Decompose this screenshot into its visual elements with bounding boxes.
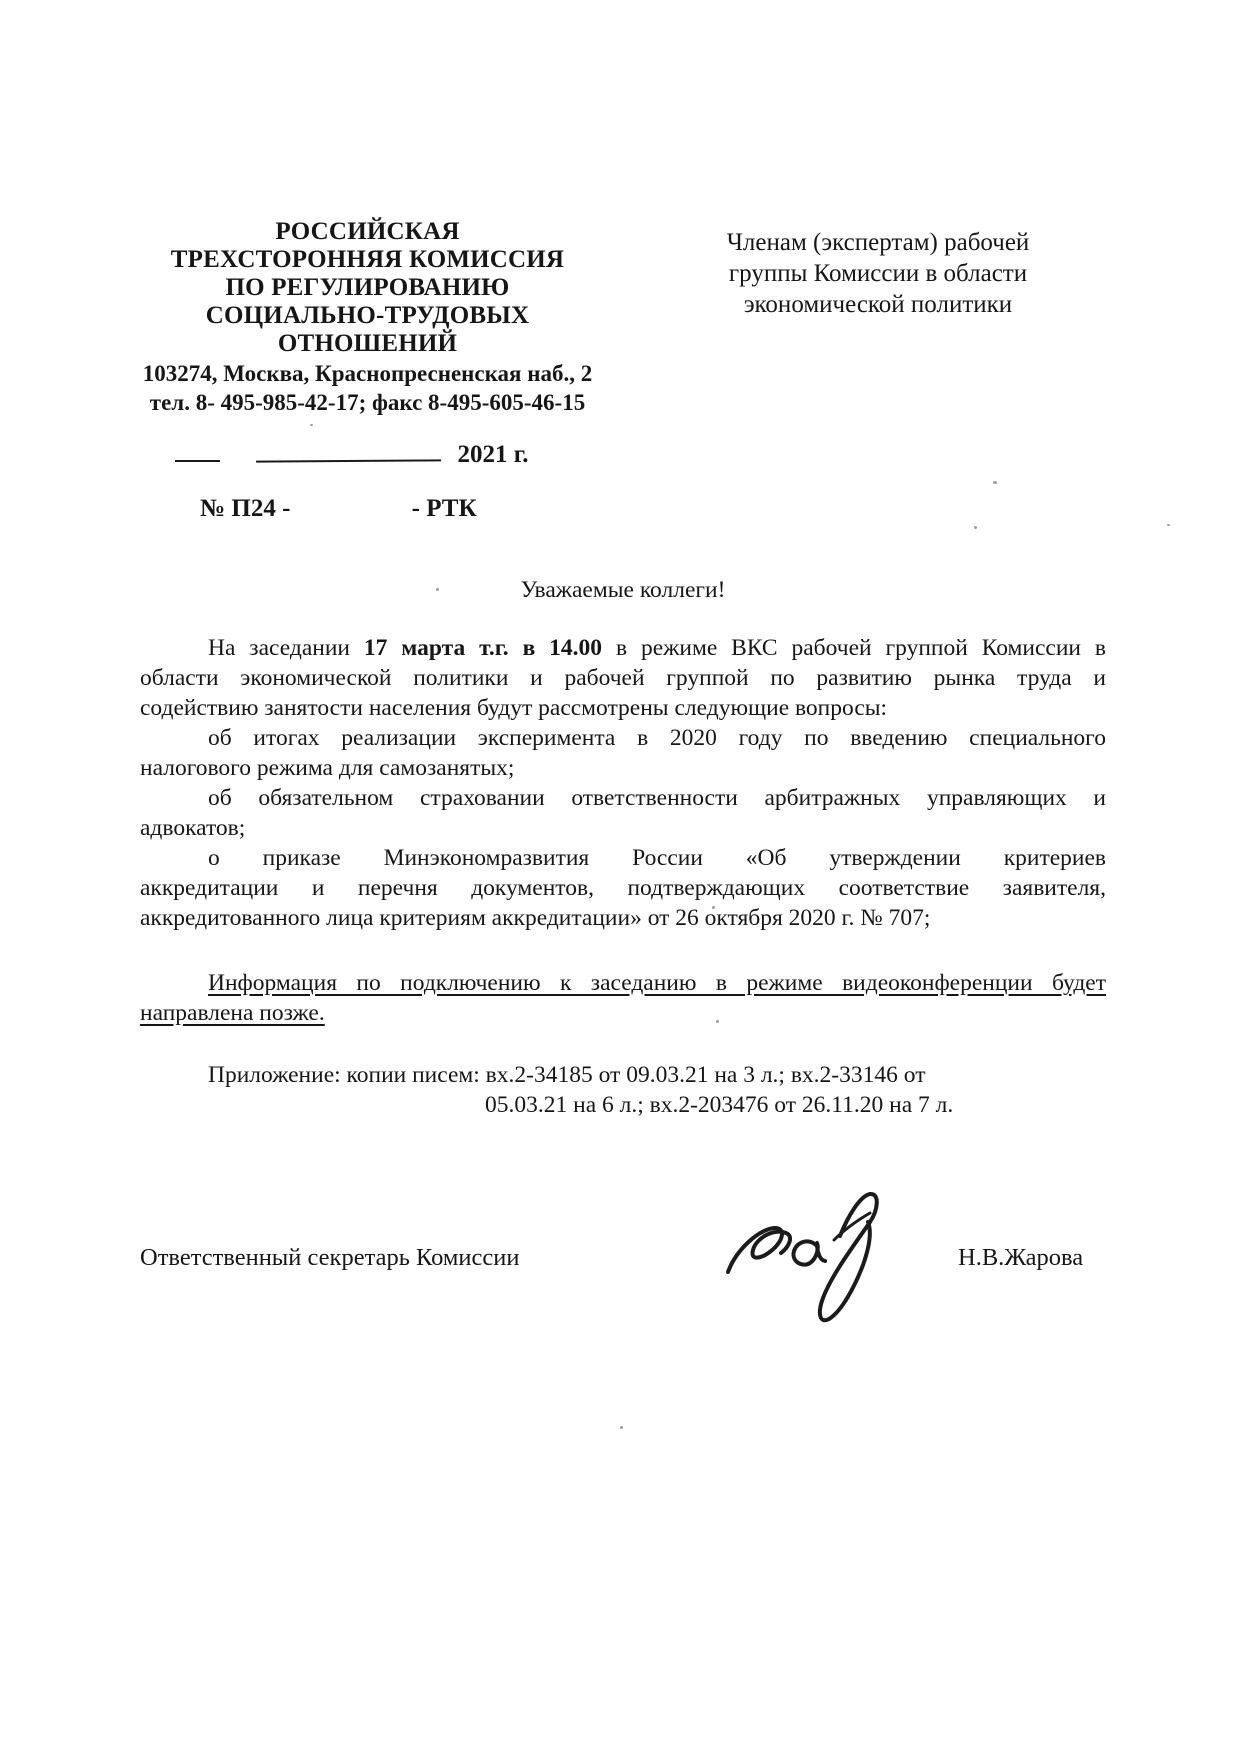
sender-org-line: ТРЕХСТОРОННЯЯ КОМИССИЯ: [95, 246, 640, 274]
handwritten-signature: [722, 1188, 902, 1338]
announcement-rest: в режиме ВКС рабочей группой Комиссии в: [602, 635, 1106, 661]
date-blank-month: [256, 437, 441, 462]
scan-speck: [716, 1020, 719, 1023]
scan-speck: [974, 526, 977, 529]
sender-org-line: РОССИЙСКАЯ: [95, 218, 640, 246]
scan-speck: [310, 424, 313, 426]
connection-info-note: Информация по подключению к заседанию в …: [140, 968, 1106, 1028]
recipient-line: экономической политики: [693, 289, 1063, 320]
agenda-item-1: об итогах реализации эксперимента в 2020…: [140, 723, 1106, 783]
recipient-line: группы Комиссии в области: [693, 258, 1063, 289]
signatory-name: Н.В.Жарова: [958, 1244, 1083, 1272]
signatory-title: Ответственный секретарь Комиссии: [140, 1244, 520, 1272]
scan-speck: [993, 481, 997, 484]
date-year: 2021 г.: [458, 441, 529, 468]
agenda-item-2: об обязательном страховании ответственно…: [140, 783, 1106, 843]
announcement-lead: На заседании: [208, 635, 364, 661]
sender-org-line: СОЦИАЛЬНО-ТРУДОВЫХ: [95, 302, 640, 330]
reference-number: № П24 - - РТК: [200, 495, 477, 523]
scan-speck: [620, 1426, 623, 1429]
agenda-item-3: о приказе Минэкономразвития России «Об у…: [140, 843, 1106, 933]
letter-body: Уважаемые коллеги! На заседании 17 марта…: [140, 575, 1106, 1120]
sender-address: 103274, Москва, Краснопресненская наб., …: [95, 360, 640, 387]
paragraph-meeting-announcement: На заседании 17 марта т.г. в 14.00 в реж…: [140, 633, 1106, 723]
salutation: Уважаемые коллеги!: [140, 575, 1106, 605]
sender-org-line: ПО РЕГУЛИРОВАНИЮ: [95, 274, 640, 302]
scan-speck: [1167, 524, 1170, 526]
recipient-line: Членам (экспертам) рабочей: [693, 227, 1063, 258]
date-line: 2021 г.: [175, 438, 529, 469]
sender-org-line: ОТНОШЕНИЙ: [95, 330, 640, 358]
reference-number-right: - РТК: [412, 495, 477, 522]
sender-phone-fax: тел. 8- 495-985-42-17; факс 8-495-605-46…: [95, 389, 640, 416]
sender-letterhead: РОССИЙСКАЯ ТРЕХСТОРОННЯЯ КОМИССИЯ ПО РЕГ…: [95, 218, 640, 416]
meeting-datetime: 17 марта т.г. в 14.00: [364, 635, 602, 661]
attachment-note: Приложение: копии писем: вх.2-34185 от 0…: [140, 1060, 1106, 1120]
date-blank-day: [175, 438, 220, 462]
letter-page: РОССИЙСКАЯ ТРЕХСТОРОННЯЯ КОМИССИЯ ПО РЕГ…: [0, 0, 1241, 1754]
recipient-block: Членам (экспертам) рабочей группы Комисс…: [693, 227, 1063, 320]
announcement-continuation: области экономической политики и рабочей…: [140, 663, 1106, 723]
scan-speck: [436, 588, 439, 591]
reference-number-left: № П24 -: [200, 495, 290, 522]
scan-speck: [712, 906, 715, 909]
